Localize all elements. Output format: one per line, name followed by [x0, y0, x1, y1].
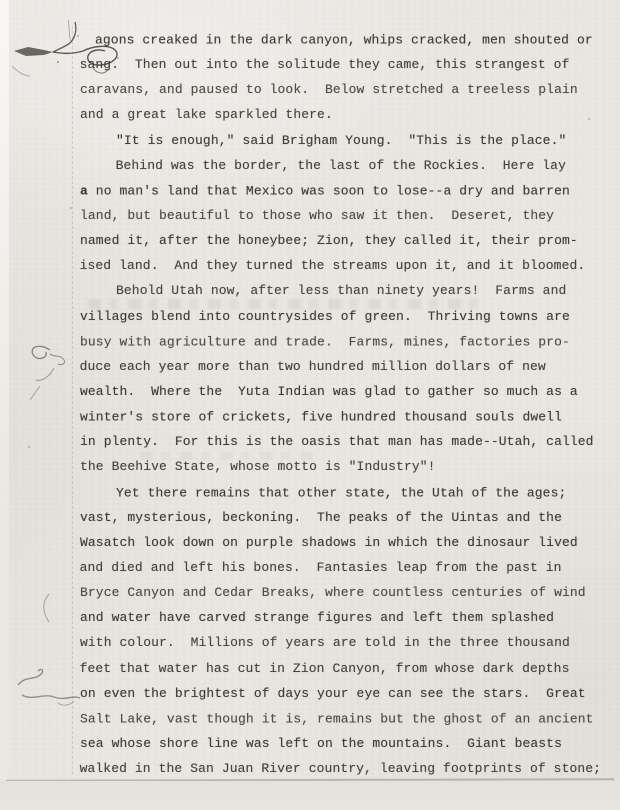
text-line: Yet there remains that other state, the …	[80, 480, 610, 505]
text-line: Behold Utah now, after less than ninety …	[80, 278, 610, 303]
scan-background-below-page	[0, 781, 620, 810]
paper-speck	[70, 207, 72, 209]
text-line: and died and left his bones. Fantasies l…	[80, 555, 610, 580]
text-line: vast, mysterious, beckoning. The peaks o…	[80, 505, 610, 530]
text-line: named it, after the honeybee; Zion, they…	[80, 228, 610, 253]
text-line: and water have carved strange figures an…	[80, 605, 610, 630]
scan-left-edge	[0, 0, 9, 810]
text-line: in plenty. For this is the oasis that ma…	[80, 429, 610, 454]
text-line: wealth. Where the Yuta Indian was glad t…	[80, 379, 610, 404]
text-line: and a great lake sparkled there.	[80, 102, 610, 127]
pen-squiggle-icon	[20, 338, 75, 408]
text-line: Behind was the border, the last of the R…	[80, 153, 610, 178]
text-line: agons creaked in the dark canyon, whips …	[80, 27, 610, 52]
text-line: sea whose shore line was left on the mou…	[80, 731, 610, 756]
text-line: caravans, and paused to look. Below stre…	[80, 77, 610, 102]
text-line: a no man's land that Mexico was soon to …	[80, 178, 610, 203]
text-line: Wasatch look down on purple shadows in w…	[80, 530, 610, 555]
text-line: on even the brightest of days your eye c…	[80, 681, 610, 706]
paper-speck	[28, 446, 30, 448]
text-line: busy with agriculture and trade. Farms, …	[80, 329, 610, 354]
text-line: duce each year more than two hundred mil…	[80, 354, 610, 379]
text-line: land, but beautiful to those who saw it …	[80, 203, 610, 228]
text-line: Salt Lake, vast though it is, remains bu…	[80, 706, 610, 731]
text-line: the Beehive State, whose motto is "Indus…	[80, 454, 610, 479]
manuscript-page: agons creaked in the dark canyon, whips …	[0, 0, 620, 810]
text-line: villages blend into countrysides of gree…	[80, 304, 610, 329]
text-line: "It is enough," said Brigham Young. "Thi…	[80, 128, 610, 153]
text-line: with colour. Millions of years are told …	[80, 630, 610, 655]
text-line: ised land. And they turned the streams u…	[80, 253, 610, 278]
text-line: Bryce Canyon and Cedar Breaks, where cou…	[80, 580, 610, 605]
text-line: sang. Then out into the solitude they ca…	[80, 52, 610, 77]
text-line: feet that water has cut in Zion Canyon, …	[80, 656, 610, 681]
pen-arc-icon	[40, 592, 52, 624]
typewritten-text: agons creaked in the dark canyon, whips …	[80, 27, 610, 781]
text-line: winter's store of crickets, five hundred…	[80, 404, 610, 429]
